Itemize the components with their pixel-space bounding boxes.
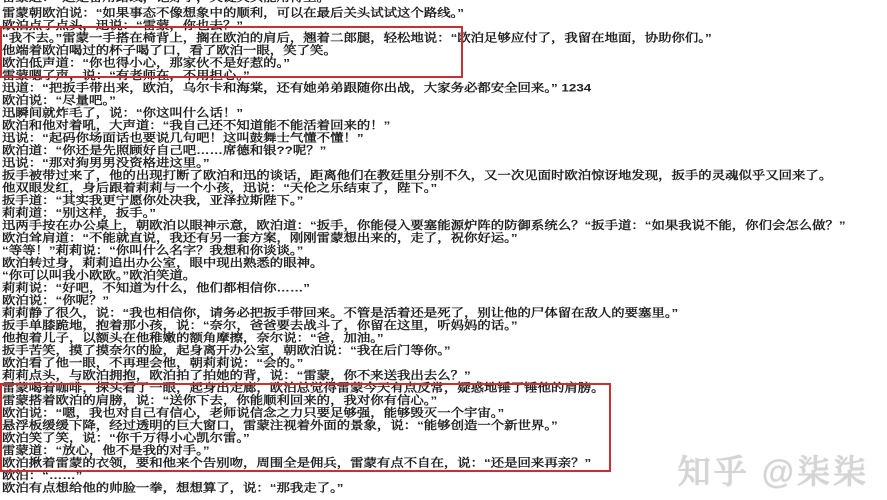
text-line: “我不去。”雷蒙一手搭在椅背上，搁在欧泊的肩后，翘着二郎腿，轻松地说：“欧泊足够…: [2, 32, 887, 44]
text-line: 欧泊说：“嗯，我也对自己有信心，老师说信念之力只要足够强，能够毁灭一个宇宙。”: [2, 407, 887, 419]
text-line: 扳手苦笑，摸了摸奈尔的脸，起身离开办公室，朝欧泊说：“我在后门等你。”: [2, 344, 887, 356]
text-line: 迅瞬间就炸毛了，说：“你这叫什么话！”: [2, 107, 887, 119]
text-line: “你可以叫我小欧欧。”欧泊笑道。: [2, 269, 887, 281]
text-line: 莉莉说：“好吧，不知道为什么，他们都相信你……”: [2, 282, 887, 294]
text-line: 欧泊说：“尽量吧。”: [2, 94, 887, 106]
text-scale-wrapper: 雷蒙道：“这是备用路线，记好了，关键关头能用得上。” 雷蒙朝欧泊说：“如果事态不…: [2, 0, 887, 494]
text-line: 欧泊笑了笑，说：“你千万得小心凯尔雷。”: [2, 432, 887, 444]
text-line: 雷蒙嗯了声，说：“有老师在，不用担心。”: [2, 69, 887, 81]
text-line: 欧泊看了他一眼，不再理会他，朝莉莉说：“会的。”: [2, 357, 887, 369]
text-line: 欧泊转过身，莉莉追出办公室，眼中现出熟悉的眼神。: [2, 257, 887, 269]
text-line: 雷蒙搭着欧泊的肩膀，说：“送你下去，你能顺利回来的，我对你有信心。”: [2, 394, 887, 406]
text-line: 欧泊低声道：“你也得小心，那家伙不是好惹的。”: [2, 57, 887, 69]
text-line: 莉莉点头，与欧泊拥抱，欧泊拍了拍她的背，说：“雷蒙，你不来送我出去么？”: [2, 369, 887, 381]
text-line: 悬浮板缓缓下降，经过透明的巨大窗口，雷蒙注视着外面的景象，说：“能够创造一个新世…: [2, 419, 887, 431]
text-line: 迅道：“把扳手带出来，欧泊，乌尔卡和海棠，还有她弟弟跟随你出战，大家务必都安全回…: [2, 82, 887, 94]
text-line: 迅说：“那对狗男男没资格进这里。”: [2, 157, 887, 169]
text-line: 欧泊说：“你呢？”: [2, 294, 887, 306]
text-line: 他端着欧泊喝过的杯子喝了口，看了欧泊一眼，笑了笑。: [2, 44, 887, 56]
text-line: 扳手单膝跪地，抱着那小孩，说：“奈尔，爸爸要去战斗了，你留在这里，听妈妈的话。”: [2, 319, 887, 331]
text-line: 欧泊点了点头，迅说：“雷蒙，你也去？”: [2, 19, 887, 31]
text-line: “等等！”莉莉说：“你叫什么名字？我想和你谈谈。”: [2, 244, 887, 256]
text-line: 他抱着儿子，以额头在他稚嫩的额角摩擦，奈尔说：“爸，加油。”: [2, 332, 887, 344]
text-line: 雷蒙朝欧泊说：“如果事态不像想象中的顺利，可以在最后关头试试这个路线。”: [2, 7, 887, 19]
text-line: 雷蒙喝着咖啡，探头看了一眼，起身出走廊，欧泊总觉得雷蒙今天有点反常，疑惑地锤了锤…: [2, 382, 887, 394]
text-line: 他双眼发红，身后跟着莉莉与一个小孩，迅说：“天伦之乐结束了，陛下。”: [2, 182, 887, 194]
text-line: 扳手被带过来了，他的出现打断了欧泊和迅的谈话，距离他们在教廷里分别不久，又一次见…: [2, 169, 887, 181]
text-line: 扳手道：“其实我更宁愿你处决我，亚泽拉斯陛下。”: [2, 194, 887, 206]
text-column: 雷蒙朝欧泊说：“如果事态不像想象中的顺利，可以在最后关头试试这个路线。”欧泊点了…: [2, 7, 887, 494]
text-line: 迅说：“起码你场面话也要说几句吧！这叫鼓舞士气懂不懂！”: [2, 132, 887, 144]
text-line: 欧泊耸肩道：“不能就直说，我还有另一套方案，刚刚雷蒙想出来的，走了，祝你好运。”: [2, 232, 887, 244]
text-line: 欧泊道：“你还是先照顾好自己吧……席德和银??呢？”: [2, 144, 887, 156]
screenshot-page: 雷蒙道：“这是备用路线，记好了，关键关头能用得上。” 雷蒙朝欧泊说：“如果事态不…: [0, 0, 887, 500]
text-line: 莉莉道：“别这样，扳手。”: [2, 207, 887, 219]
text-line: 迅两手按在办公桌上，朝欧泊以眼神示意，欧泊道：“扳手，你能侵入要塞能源炉阵的防御…: [2, 219, 887, 231]
zhihu-watermark: 知乎 @柒柒: [678, 446, 869, 493]
text-line: 欧泊和他对着吼，大声道：“我自己还不知道能不能活着回来的！”: [2, 119, 887, 131]
text-line: 莉莉静了很久，说：“我也相信你，请务必把扳手带回来。不管是活着还是死了，别让他的…: [2, 307, 887, 319]
